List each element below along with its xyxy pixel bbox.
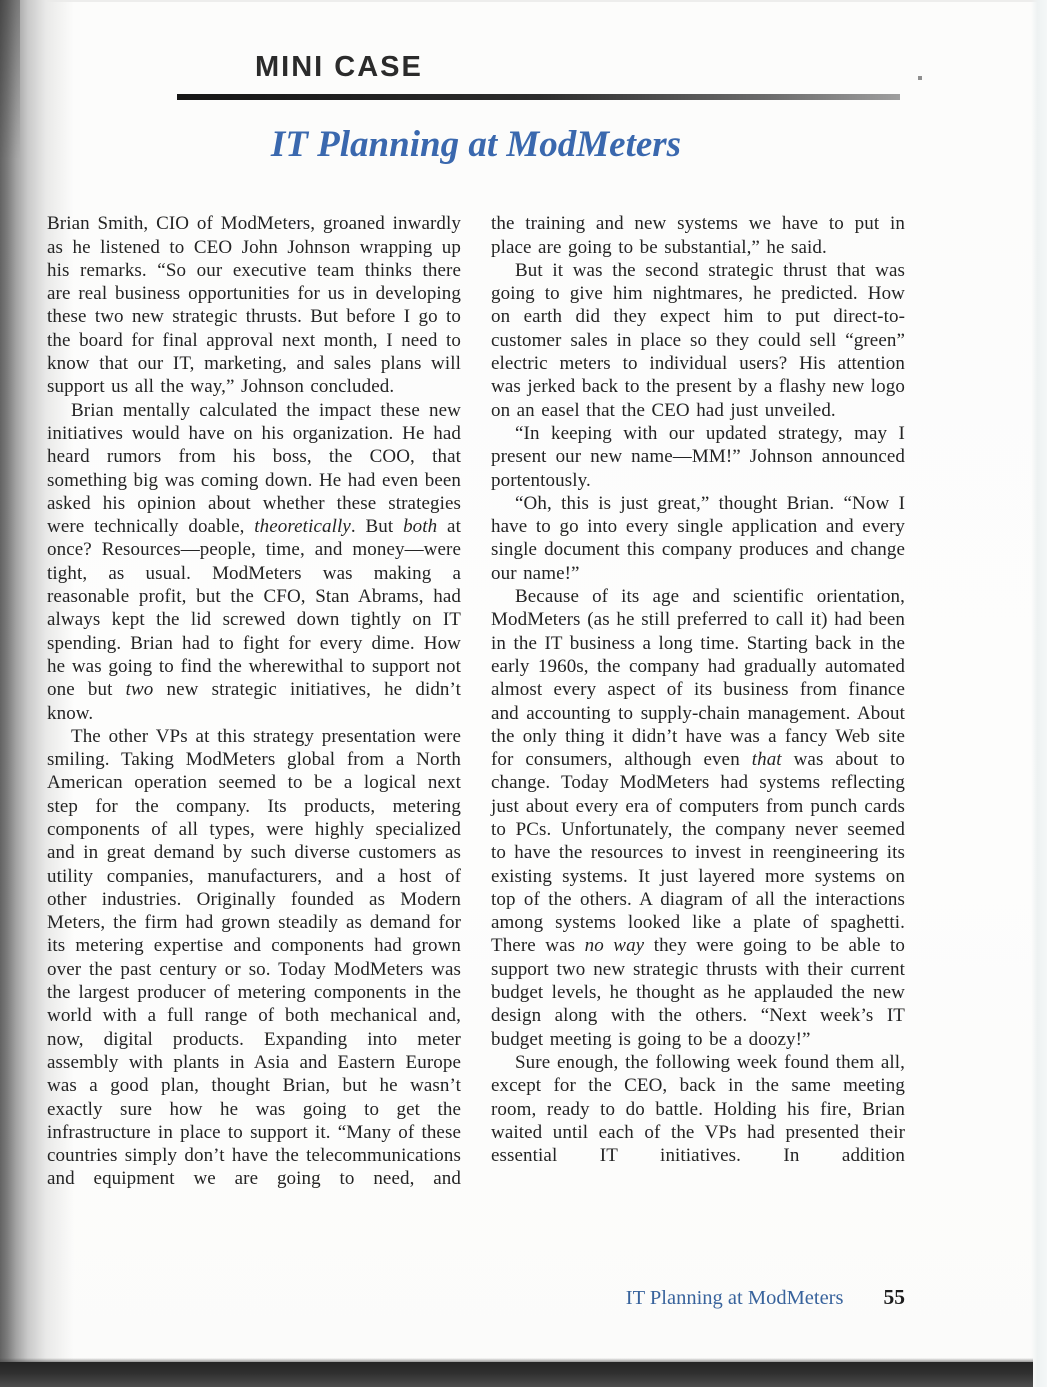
page-footer: IT Planning at ModMeters 55 — [47, 1285, 905, 1310]
paragraph: Brian mentally calculated the impact the… — [47, 399, 461, 725]
paragraph: Sure enough, the following week found th… — [491, 1051, 905, 1167]
scan-page-edge — [1031, 0, 1047, 1387]
text-column-right: the training and new systems we have to … — [491, 212, 905, 1190]
paragraph: “In keeping with our updated strategy, m… — [491, 422, 905, 492]
footer-page-number: 55 — [884, 1285, 906, 1310]
book-page-scan: MINI CASE IT Planning at ModMeters Brian… — [0, 0, 1047, 1387]
paragraph: The other VPs at this strategy presentat… — [47, 725, 461, 1191]
paragraph: Because of its age and scientific orient… — [491, 585, 905, 1051]
scan-speck-artifact — [918, 76, 922, 80]
two-column-text: Brian Smith, CIO of ModMeters, groaned i… — [47, 212, 905, 1190]
paragraph: the training and new systems we have to … — [491, 212, 905, 259]
paragraph: But it was the second strategic thrust t… — [491, 259, 905, 422]
footer-running-title: IT Planning at ModMeters — [626, 1287, 844, 1310]
paragraph: “Oh, this is just great,” thought Brian.… — [491, 492, 905, 585]
mini-case-label: MINI CASE — [255, 52, 905, 84]
header-rule — [177, 94, 900, 100]
page-content: MINI CASE IT Planning at ModMeters Brian… — [47, 0, 905, 1191]
scan-bottom-band — [0, 1362, 1033, 1387]
paragraph: Brian Smith, CIO of ModMeters, groaned i… — [47, 212, 461, 398]
text-column-left: Brian Smith, CIO of ModMeters, groaned i… — [47, 212, 461, 1190]
case-title: IT Planning at ModMeters — [47, 123, 905, 167]
